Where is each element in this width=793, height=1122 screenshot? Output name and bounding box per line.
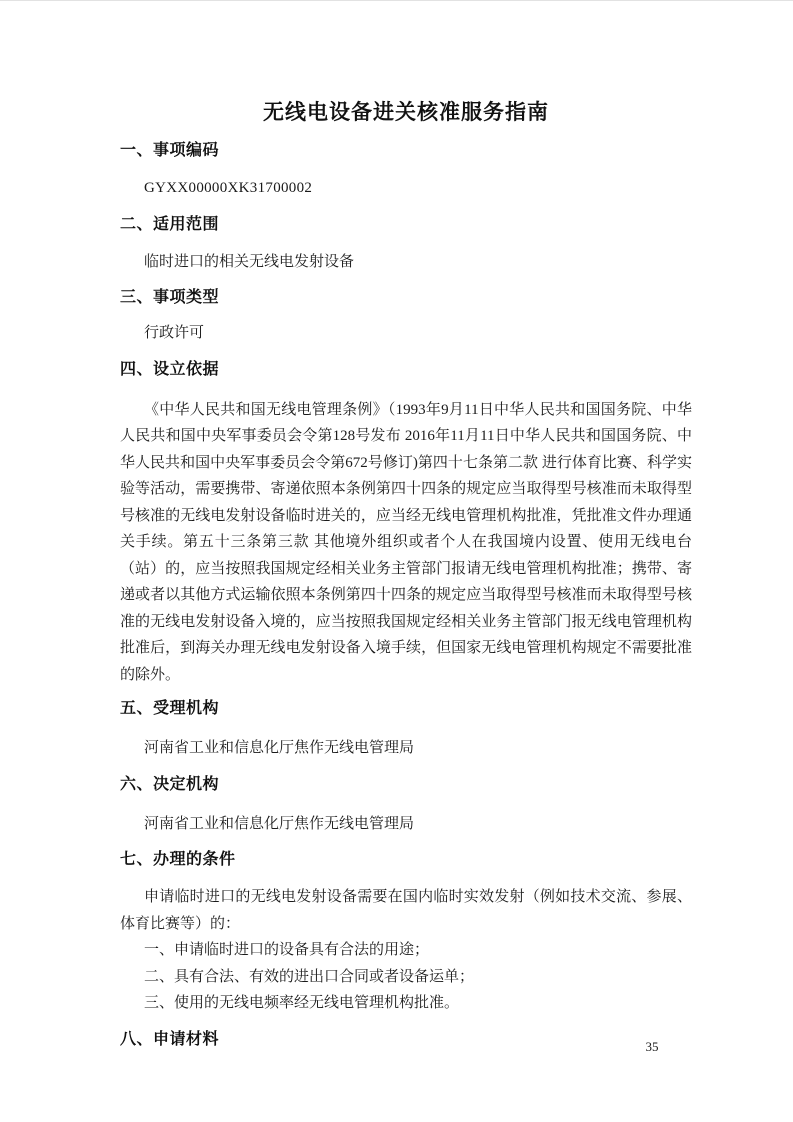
page-number: 35 <box>640 1039 664 1055</box>
section-body-legal-basis: 《中华人民共和国无线电管理条例》（1993年9月11日中华人民共和国国务院、中华… <box>120 397 692 689</box>
section-heading-deciding-agency: 六、决定机构 <box>120 774 692 796</box>
section-heading-item-code: 一、事项编码 <box>120 140 692 162</box>
section-body-deciding-agency: 河南省工业和信息化厅焦作无线电管理局 <box>120 811 692 838</box>
section-body-conditions-intro: 申请临时进口的无线电发射设备需要在国内临时实效发射（例如技术交流、参展、体育比赛… <box>120 884 692 937</box>
condition-item-3: 三、使用的无线电频率经无线电管理机构批准。 <box>120 990 692 1017</box>
section-body-scope: 临时进口的相关无线电发射设备 <box>120 249 692 276</box>
section-heading-item-type: 三、事项类型 <box>120 287 692 309</box>
condition-item-1: 一、申请临时进口的设备具有合法的用途； <box>120 937 692 964</box>
document-page: 无线电设备进关核准服务指南 一、事项编码 GYXX00000XK31700002… <box>0 0 793 1122</box>
section-heading-accepting-agency: 五、受理机构 <box>120 698 692 720</box>
section-body-accepting-agency: 河南省工业和信息化厅焦作无线电管理局 <box>120 735 692 762</box>
section-body-item-type: 行政许可 <box>120 320 692 347</box>
section-heading-scope: 二、适用范围 <box>120 214 692 236</box>
section-heading-application-materials: 八、申请材料 <box>120 1029 692 1051</box>
section-body-item-code: GYXX00000XK31700002 <box>120 175 692 202</box>
section-heading-conditions: 七、办理的条件 <box>120 849 692 871</box>
condition-item-2: 二、具有合法、有效的进出口合同或者设备运单； <box>120 964 692 991</box>
section-heading-legal-basis: 四、设立依据 <box>120 359 692 381</box>
document-content: 无线电设备进关核准服务指南 一、事项编码 GYXX00000XK31700002… <box>120 1 692 1051</box>
document-title: 无线电设备进关核准服务指南 <box>120 99 692 126</box>
